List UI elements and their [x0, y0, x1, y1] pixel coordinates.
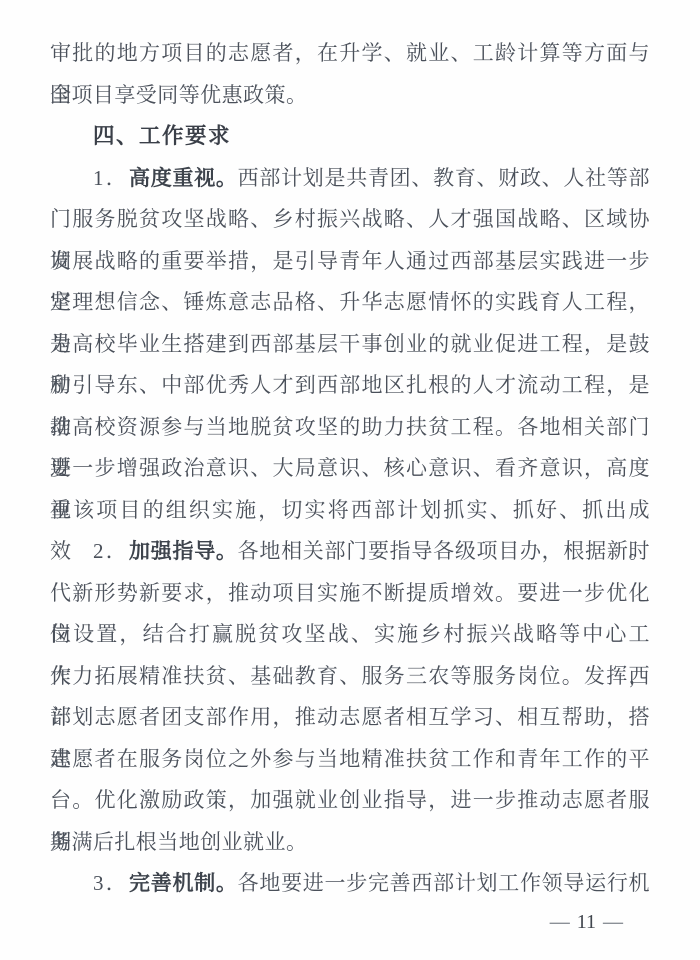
text-line: 1．高度重视。西部计划是共青团、教育、财政、人社等部: [50, 158, 650, 200]
item-emphasis: 完善机制。: [129, 871, 238, 895]
document-body: 审批的地方项目的志愿者，在升学、就业、工龄计算等方面与全 国项目享受同等优惠政策…: [50, 33, 650, 905]
line-text: 国项目享受同等优惠政策。: [50, 83, 307, 107]
text-line: 视该项目的组织实施，切实将西部计划抓实、抓好、抓出成效。: [50, 490, 650, 532]
item-emphasis: 加强指导。: [129, 539, 238, 563]
text-line: 大力拓展精准扶贫、基础教育、服务三农等服务岗位。发挥西部: [50, 656, 650, 698]
line-text: 各地相关部门要指导各级项目办，根据新时: [238, 539, 650, 563]
item-number: 1．: [93, 166, 129, 190]
text-line: 国项目享受同等优惠政策。: [50, 75, 650, 117]
item-number: 3．: [93, 871, 129, 895]
text-line: 和引导东、中部优秀人才到西部地区扎根的人才流动工程，是推: [50, 365, 650, 407]
text-line: 3．完善机制。各地要进一步完善西部计划工作领导运行机: [50, 863, 650, 905]
page-number: —11—: [543, 908, 630, 936]
line-text: 各地要进一步完善西部计划工作领导运行机: [238, 871, 650, 895]
text-line: 动高校资源参与当地脱贫攻坚的助力扶贫工程。各地相关部门要: [50, 407, 650, 449]
section-heading: 四、工作要求: [50, 116, 650, 158]
text-line: 2．加强指导。各地相关部门要指导各级项目办，根据新时: [50, 531, 650, 573]
text-line: 审批的地方项目的志愿者，在升学、就业、工龄计算等方面与全: [50, 33, 650, 75]
item-emphasis: 高度重视。: [129, 166, 238, 190]
text-line: 台。优化激励政策，加强就业创业指导，进一步推动志愿者服务: [50, 780, 650, 822]
text-line: 计划志愿者团支部作用，推动志愿者相互学习、相互帮助，搭建: [50, 697, 650, 739]
document-page: 审批的地方项目的志愿者，在升学、就业、工龄计算等方面与全 国项目享受同等优惠政策…: [0, 0, 700, 960]
heading-text: 四、工作要求: [93, 124, 231, 148]
line-text: 西部计划是共青团、教育、财政、人社等部: [238, 166, 650, 190]
text-line: 门服务脱贫攻坚战略、乡村振兴战略、人才强国战略、区域协调: [50, 199, 650, 241]
page-number-dash-right: —: [596, 911, 630, 933]
page-number-value: 11: [577, 911, 596, 933]
line-text: 志愿者在服务岗位之外参与当地精准扶贫工作和青年工作的平: [50, 747, 650, 771]
item-number: 2．: [93, 539, 129, 563]
text-line: 为高校毕业生搭建到西部基层干事创业的就业促进工程，是鼓励: [50, 324, 650, 366]
page-number-dash-left: —: [543, 911, 577, 933]
line-text: 期满后扎根当地创业就业。: [50, 830, 307, 854]
text-line: 定理想信念、锤炼意志品格、升华志愿情怀的实践育人工程，是: [50, 282, 650, 324]
text-line: 发展战略的重要举措，是引导青年人通过西部基层实践进一步坚: [50, 241, 650, 283]
text-line: 位设置，结合打赢脱贫攻坚战、实施乡村振兴战略等中心工作，: [50, 614, 650, 656]
text-line: 代新形势新要求，推动项目实施不断提质增效。要进一步优化岗: [50, 573, 650, 615]
text-line: 期满后扎根当地创业就业。: [50, 822, 650, 864]
text-line: 志愿者在服务岗位之外参与当地精准扶贫工作和青年工作的平: [50, 739, 650, 781]
text-line: 进一步增强政治意识、大局意识、核心意识、看齐意识，高度重: [50, 448, 650, 490]
